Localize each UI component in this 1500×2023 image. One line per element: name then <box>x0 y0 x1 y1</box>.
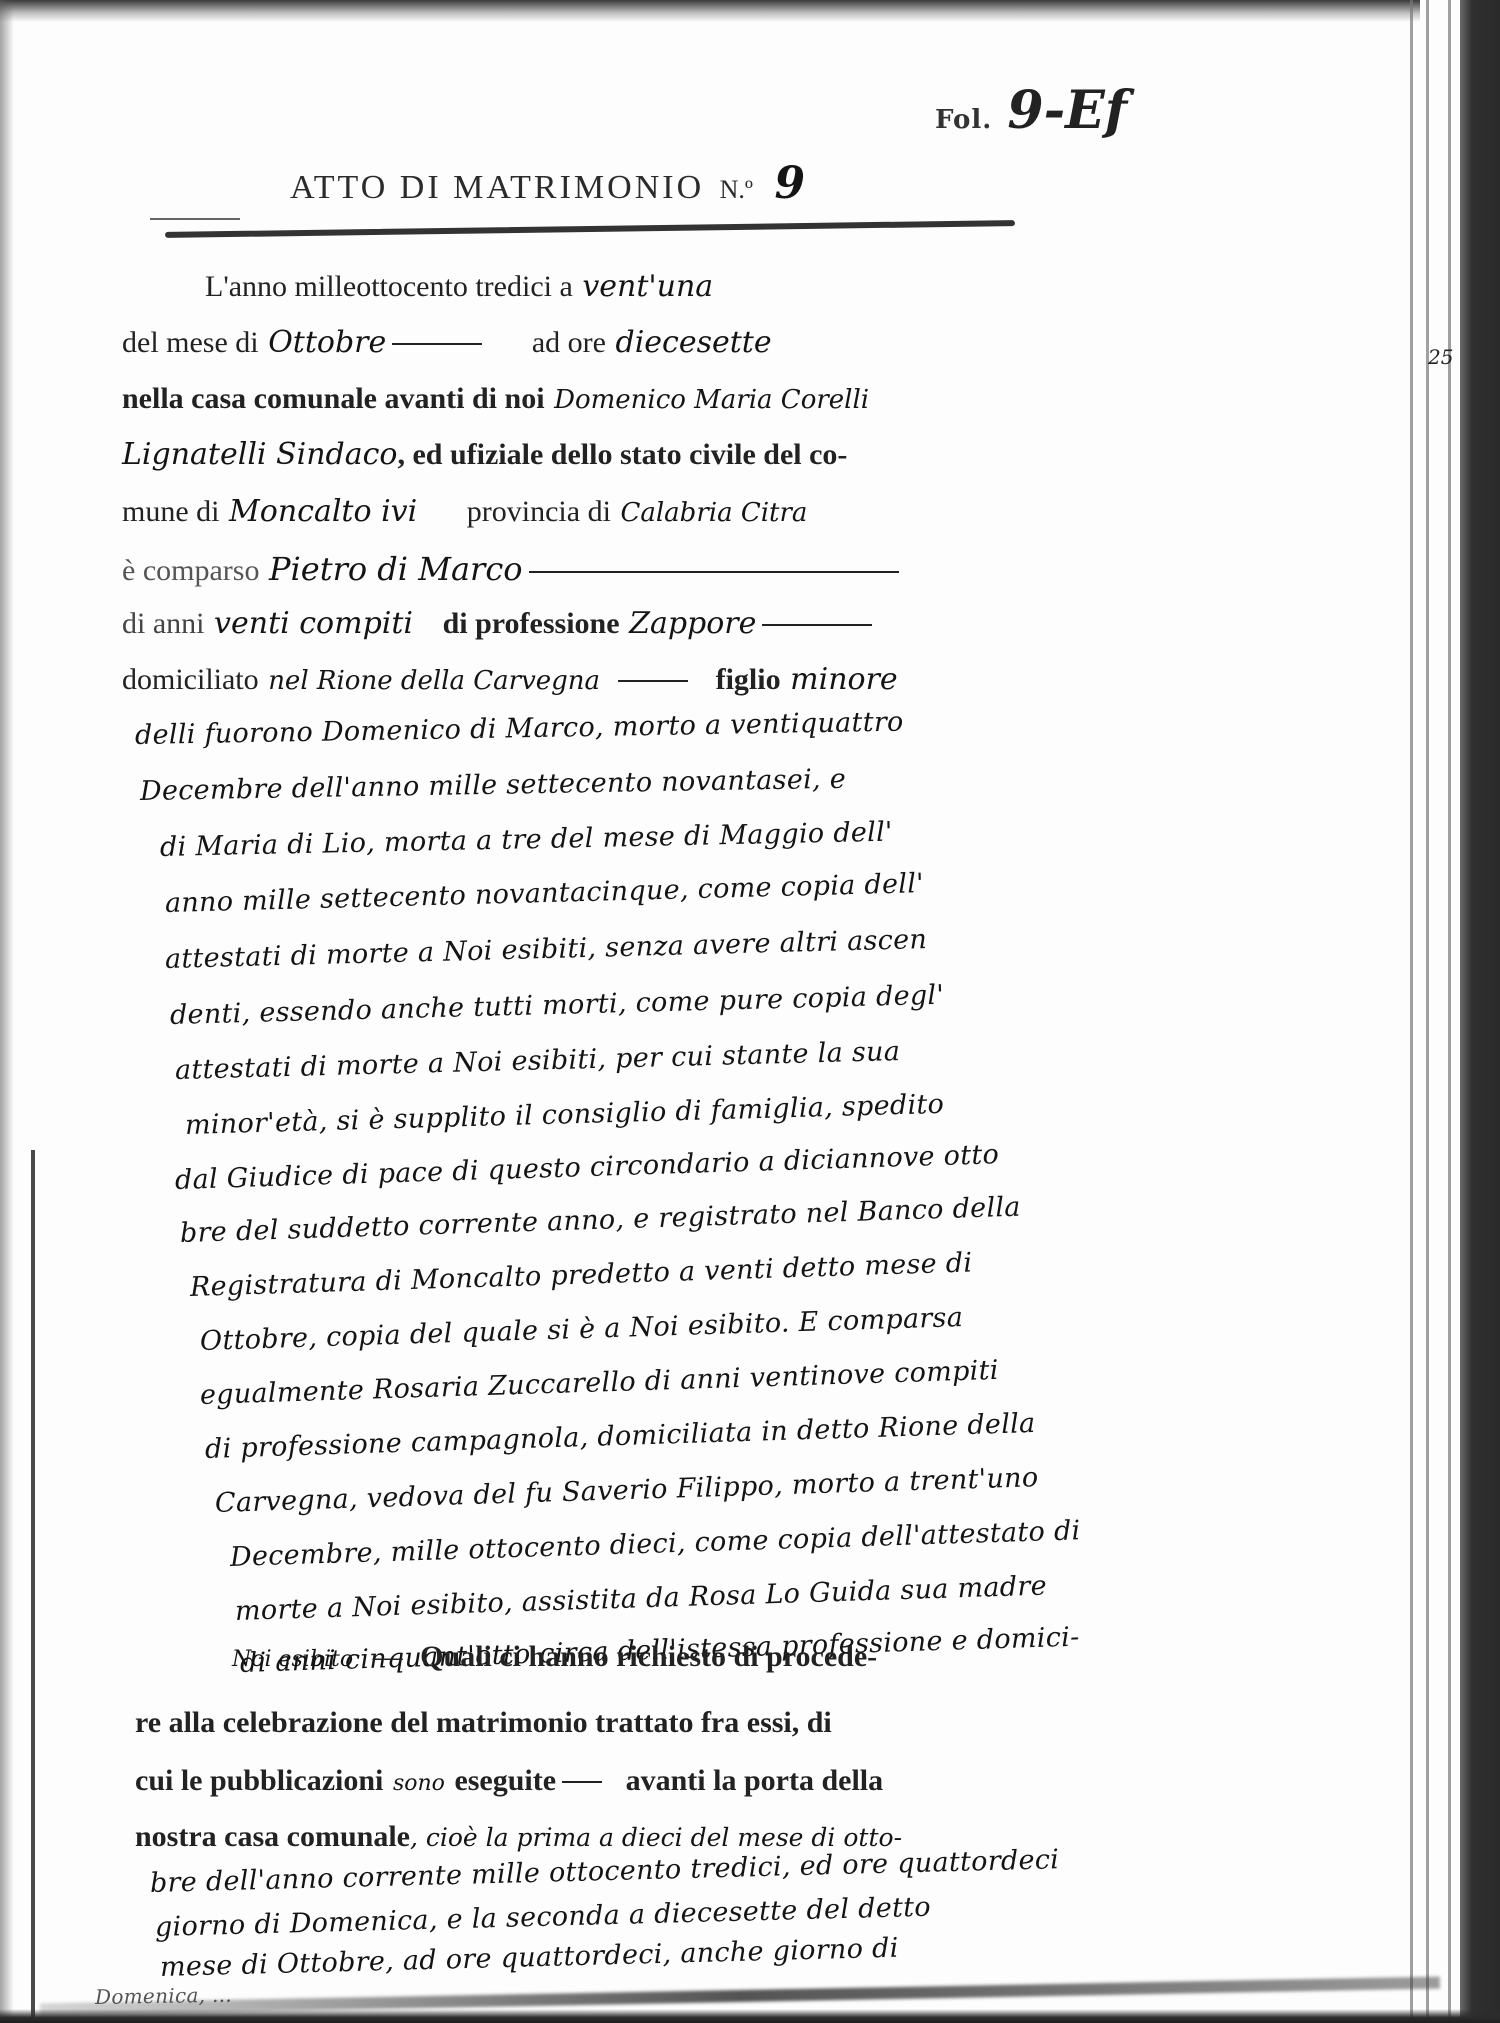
closing-line-3: cui le pubblicazioni sono eseguite avant… <box>135 1766 883 1796</box>
handwritten-line: di Maria di Lio, morta a tre del mese di… <box>160 817 893 863</box>
fill-line <box>618 680 688 682</box>
form-line-2: del mese di Ottobre ad ore diecesette <box>122 328 772 358</box>
title-text: ATTO DI MATRIMONIO <box>290 169 704 206</box>
handwritten-line: Carvegna, vedova del fu Saverio Filippo,… <box>215 1462 1039 1519</box>
handwritten-line: delli fuorono Domenico di Marco, morto a… <box>135 707 904 751</box>
filled-hour: diecesette <box>615 325 771 360</box>
handwritten-line: morte a Noi esibito, assistita da Rosa L… <box>235 1570 1048 1626</box>
closing-line-2: re alla celebrazione del matrimonio trat… <box>135 1708 832 1738</box>
handwritten-line: bre del suddetto corrente anno, e regist… <box>180 1192 1022 1249</box>
title-number: 9 <box>774 158 808 209</box>
fill-line <box>762 624 872 626</box>
title-rule-left <box>150 218 240 220</box>
handwritten-line: mese di Ottobre, ad ore quattordeci, anc… <box>160 1933 899 1983</box>
form-line-4: Lignatelli Sindaco, ed ufiziale dello st… <box>122 440 847 470</box>
filled-official-title: Lignatelli Sindaco <box>122 437 397 472</box>
filled-groom-residence: nel Rione della Carvegna <box>268 666 600 696</box>
filled-province: Calabria Citra <box>620 498 807 528</box>
handwritten-exhibited: Noi esibito <box>232 1647 353 1672</box>
filled-commune: Moncalto ivi <box>229 494 417 529</box>
handwritten-line: minor'età, si è supplito il consiglio di… <box>185 1089 945 1141</box>
fill-line <box>562 1781 602 1783</box>
handwritten-line: attestati di morte a Noi esibiti, senza … <box>165 924 928 975</box>
filled-month: Ottobre <box>268 325 386 360</box>
handwritten-line: Decembre, mille ottocento dieci, come co… <box>230 1515 1081 1573</box>
closing-line-4: nostra casa comunale, cioè la prima a di… <box>135 1822 902 1852</box>
filled-groom-age: venti compiti <box>214 606 413 641</box>
filled-are: sono <box>393 1771 445 1796</box>
form-line-5: mune di Moncalto ivi provincia di Calabr… <box>122 497 807 527</box>
margin-number: 25 <box>1428 345 1453 369</box>
bottom-page-edge <box>0 2009 1500 2023</box>
filled-official-name: Domenico Maria Corelli <box>554 385 869 415</box>
fill-line <box>392 343 482 345</box>
handwritten-line: egualmente Rosaria Zuccarello di anni ve… <box>200 1355 1000 1411</box>
handwritten-line: attestati di morte a Noi esibiti, per cu… <box>175 1036 901 1086</box>
title-number-label: N.º <box>720 175 753 204</box>
filled-groom-status: minore <box>790 662 898 697</box>
binding-line <box>1426 0 1429 2023</box>
handwritten-line: Registratura di Moncalto predetto a vent… <box>190 1247 973 1303</box>
title-underline <box>165 220 1015 238</box>
binding-line <box>1410 0 1413 2023</box>
fill-line <box>529 571 899 573</box>
folio-number: 9-Ef <box>1007 80 1127 141</box>
handwritten-line: dal Giudice di pace di questo circondari… <box>175 1139 1000 1196</box>
form-line-6: è comparso Pietro di Marco <box>122 553 899 586</box>
form-line-3: nella casa comunale avanti di noi Domeni… <box>122 384 869 414</box>
form-line-1: L'anno milleottocento tredici a vent'una <box>205 272 713 302</box>
form-line-8: domiciliato nel Rione della Carvegna fig… <box>122 665 898 695</box>
book-binding <box>1460 0 1500 2023</box>
handwritten-line: anno mille settecento novantacinque, com… <box>165 868 925 919</box>
filled-groom-profession: Zappore <box>629 606 756 641</box>
handwritten-line: di professione campagnola, domiciliata i… <box>205 1408 1036 1465</box>
form-line-7: di anni venti compiti di professione Zap… <box>122 609 872 639</box>
filled-day: vent'una <box>582 269 713 304</box>
handwritten-line: Ottobre, copia del quale si è a Noi esib… <box>200 1302 964 1357</box>
left-shadow <box>0 0 14 2023</box>
closing-line-1: Noi esibito — Quali ci hanno richiesto d… <box>232 1642 877 1672</box>
scanned-page: 25 Fol. 9-Ef ATTO DI MATRIMONIO N.º 9 L'… <box>0 0 1500 2023</box>
document-title: ATTO DI MATRIMONIO N.º 9 <box>290 158 808 209</box>
folio-annotation: Fol. 9-Ef <box>935 80 1127 141</box>
filled-groom-name: Pietro di Marco <box>269 550 523 588</box>
left-page-edge <box>31 1150 35 2023</box>
binding-line <box>1448 0 1451 2023</box>
handwritten-line: Decembre dell'anno mille settecento nova… <box>140 764 847 807</box>
handwritten-publication-1: , cioè la prima a dieci del mese di otto… <box>410 1823 902 1852</box>
top-shadow <box>0 0 1420 22</box>
folio-prefix: Fol. <box>935 105 992 135</box>
handwritten-line: denti, essendo anche tutti morti, come p… <box>170 980 945 1031</box>
